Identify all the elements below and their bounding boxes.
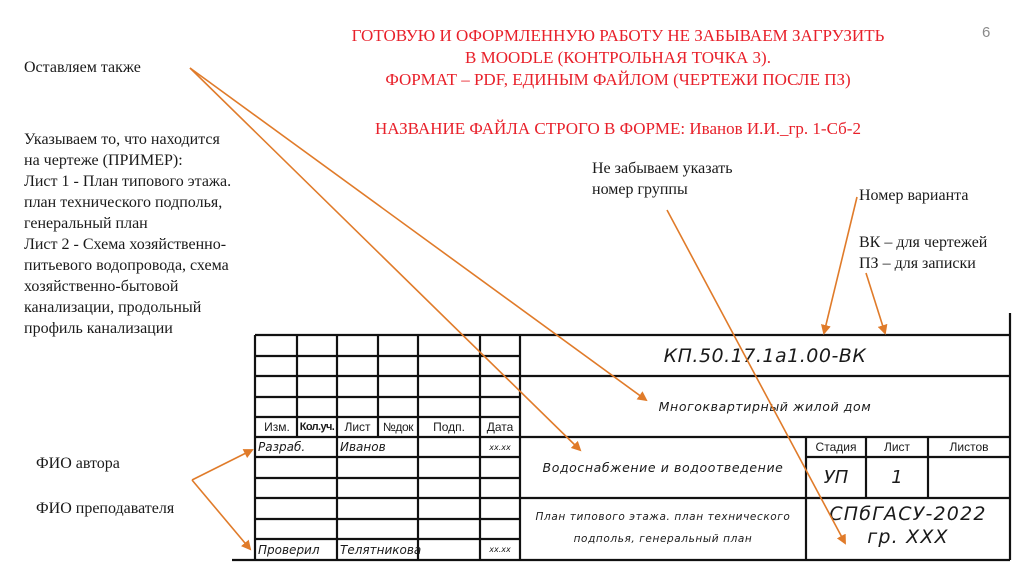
note-group-number: Не забываем указать номер группы xyxy=(592,158,733,200)
sheet-title-line: План типового этажа. план технического xyxy=(520,506,806,528)
header-data: Дата xyxy=(480,417,520,437)
filename-rule: НАЗВАНИЕ ФАЙЛА СТРОГО В ФОРМЕ: Иванов И.… xyxy=(300,118,936,140)
note-line: Не забываем указать xyxy=(592,158,733,179)
stage-value: УП xyxy=(806,457,866,498)
header-kol-uch: Кол.уч. xyxy=(297,417,337,437)
developer-date: xx.xx xyxy=(480,437,520,457)
note-line: ВК – для чертежей xyxy=(859,232,987,253)
sheet-header: Лист xyxy=(866,437,928,457)
note-line: план технического подполья, xyxy=(24,192,274,213)
note-line: питьевого водопровода, схема xyxy=(24,255,274,276)
arrow-author-to-developer xyxy=(192,450,252,480)
checker-name: Телятникова xyxy=(340,539,421,560)
header-list: Лист xyxy=(337,417,378,437)
note-line: генеральный план xyxy=(24,213,274,234)
arrow-doctype-to-code xyxy=(866,273,885,333)
note-line: на чертеже (ПРИМЕР): xyxy=(24,150,274,171)
note-line: номер группы xyxy=(592,179,733,200)
checker-date: xx.xx xyxy=(480,539,520,560)
section-title: Водоснабжение и водоотведение xyxy=(520,437,806,498)
note-also-keep: Оставляем также xyxy=(24,57,141,78)
header-line-2: В MOODLE (КОНТРОЛЬНАЯ ТОЧКА 3). xyxy=(300,47,936,69)
project-title: Многоквартирный жилой дом xyxy=(520,376,1010,437)
note-line: канализации, продольный xyxy=(24,297,274,318)
note-teacher-name: ФИО преподавателя xyxy=(36,498,174,519)
header-ndok: №док xyxy=(378,417,418,437)
sheets-header: Листов xyxy=(928,437,1010,457)
sheet-title: План типового этажа. план технического п… xyxy=(520,506,806,550)
note-line: Указываем то, что находится xyxy=(24,129,274,150)
header-line-1: ГОТОВУЮ И ОФОРМЛЕННУЮ РАБОТУ НЕ ЗАБЫВАЕМ… xyxy=(300,25,936,47)
note-line: ПЗ – для записки xyxy=(859,253,987,274)
note-line: хозяйственно-бытовой xyxy=(24,276,274,297)
developer-role: Разраб. xyxy=(258,437,305,457)
stage-header: Стадия xyxy=(806,437,866,457)
header-line-3: ФОРМАТ – PDF, ЕДИНЫМ ФАЙЛОМ (ЧЕРТЕЖИ ПОС… xyxy=(300,69,936,91)
sheet-value: 1 xyxy=(866,457,928,498)
note-drawing-contents: Указываем то, что находится на чертеже (… xyxy=(24,129,274,339)
note-variant-number: Номер варианта xyxy=(859,185,968,206)
organization: СПбГАСУ-2022 гр. XXX xyxy=(806,503,1010,549)
organization-line: СПбГАСУ-2022 xyxy=(806,503,1010,526)
page-number: 6 xyxy=(982,24,990,41)
note-doc-type: ВК – для чертежей ПЗ – для записки xyxy=(859,232,987,274)
note-line: Лист 1 - План типового этажа. xyxy=(24,171,274,192)
arrow-variant-to-code xyxy=(824,197,857,333)
developer-name: Иванов xyxy=(340,437,386,457)
note-author-name: ФИО автора xyxy=(36,453,120,474)
checker-role: Проверил xyxy=(258,539,320,560)
sheets-value xyxy=(928,457,1010,498)
sheet-title-line: подполья, генеральный план xyxy=(520,528,806,550)
note-line: профиль канализации xyxy=(24,318,274,339)
document-code: КП.50.17.1а1.00-ВК xyxy=(520,335,1010,376)
organization-line: гр. XXX xyxy=(806,526,1010,549)
arrow-teacher-to-checker xyxy=(192,480,250,549)
header-podp: Подп. xyxy=(418,417,480,437)
header-izm: Изм. xyxy=(257,417,297,437)
note-line: Лист 2 - Схема хозяйственно- xyxy=(24,234,274,255)
